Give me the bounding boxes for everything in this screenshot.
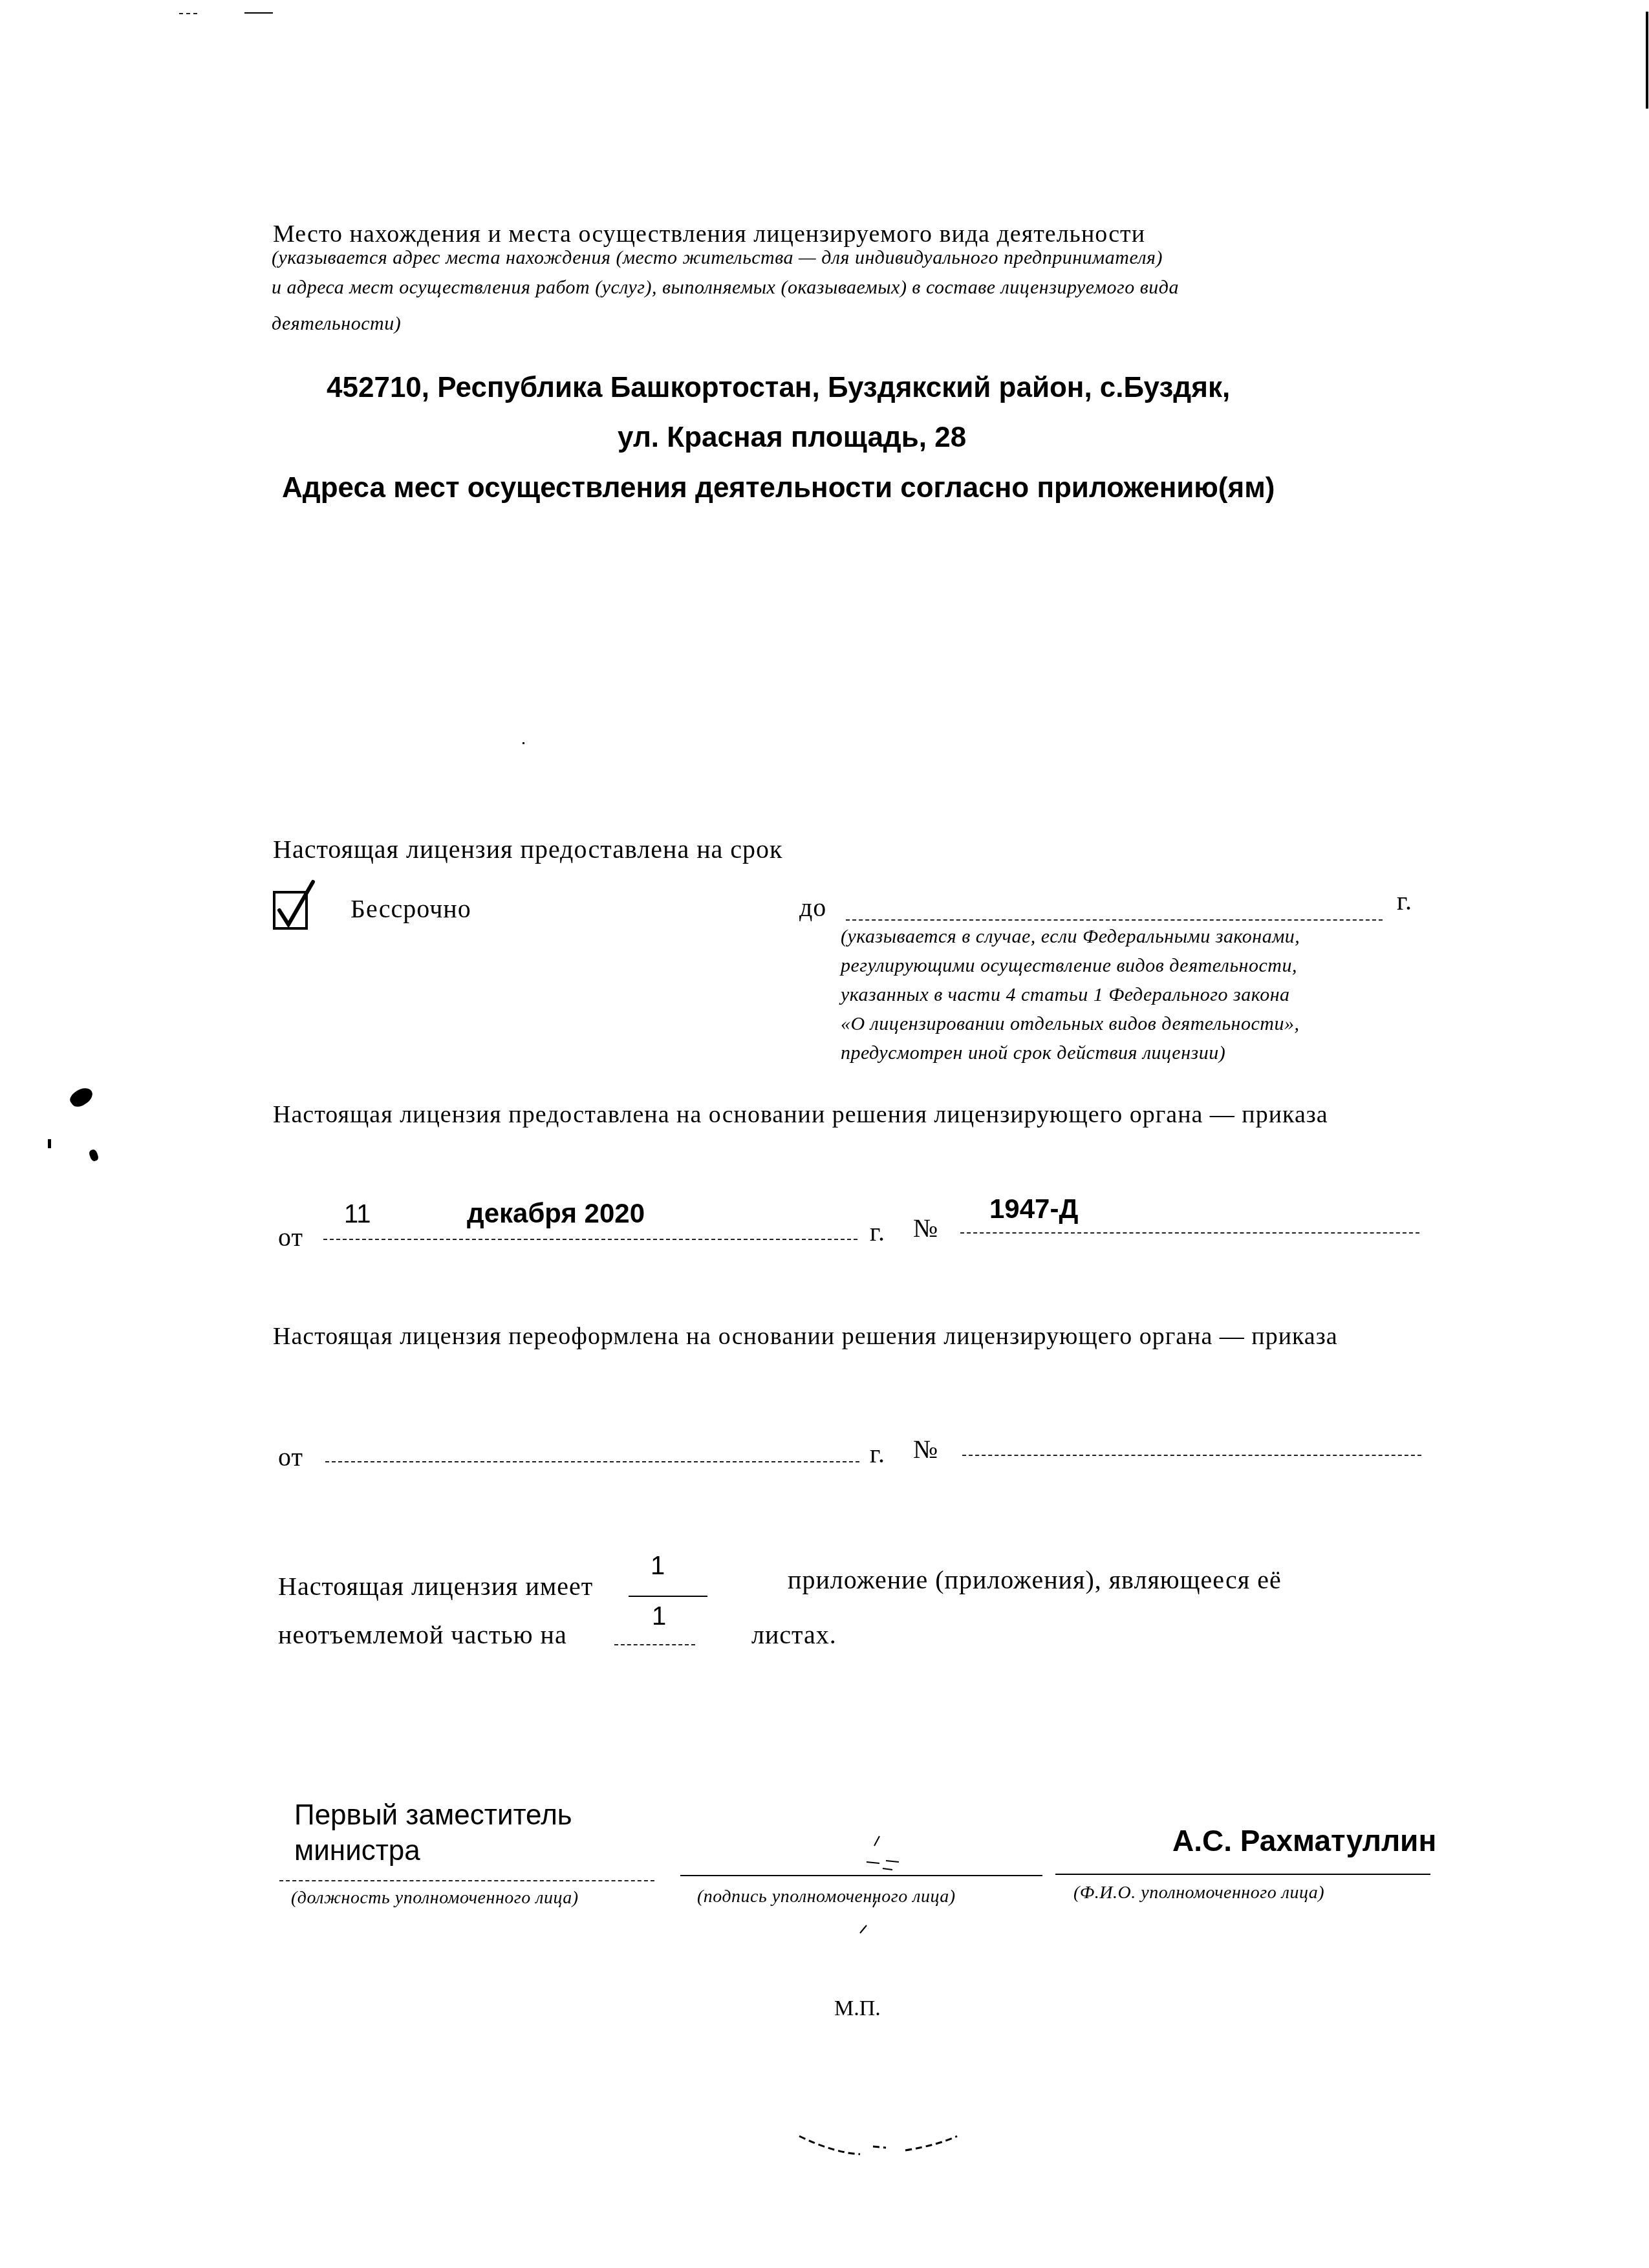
ink-blot: [67, 1084, 95, 1110]
grant-day[interactable]: 11: [344, 1200, 371, 1229]
appendix-line2-prefix: неотъемлемой частью на: [278, 1620, 567, 1650]
sheet-count[interactable]: 1: [652, 1602, 666, 1631]
grant-order-label: Настоящая лицензия предоставлена на осно…: [273, 1100, 1328, 1129]
term-hint-line-1: (указывается в случае, если Федеральными…: [841, 926, 1300, 948]
location-hint-line-3: деятельности): [272, 313, 401, 335]
position-line: [279, 1880, 654, 1881]
grant-month-year[interactable]: декабря 2020: [467, 1198, 645, 1229]
grant-number-line: [960, 1232, 1419, 1234]
appendix-line1-prefix: Настоящая лицензия имеет: [278, 1571, 593, 1601]
reissue-date-line: [325, 1461, 859, 1462]
scan-artifact-top: [244, 12, 273, 14]
grant-number[interactable]: 1947-Д: [989, 1193, 1078, 1225]
reissue-number-line: [962, 1455, 1421, 1456]
location-hint-line-2: и адреса мест осуществления работ (услуг…: [272, 277, 1179, 299]
location-hint-line-1: (указывается адрес места нахождения (мес…: [272, 247, 1163, 269]
signer-name: А.С. Рахматуллин: [1172, 1823, 1436, 1858]
until-date-line: [846, 919, 1383, 921]
indefinite-label: Бессрочно: [350, 893, 471, 924]
term-hint-line-5: предусмотрен иной срок действия лицензии…: [841, 1042, 1225, 1064]
signature-mark-icon: [841, 1830, 918, 1946]
position-hint: (должность уполномоченного лица): [291, 1888, 579, 1909]
address-note: Адреса мест осуществления деятельности с…: [282, 472, 1275, 504]
term-hint-line-4: «О лицензировании отдельных видов деятел…: [841, 1013, 1299, 1035]
signer-position-line-2: министра: [294, 1835, 420, 1867]
checkmark-icon: [273, 879, 318, 931]
grant-date-line: [323, 1239, 857, 1240]
sheet-count-line: [614, 1644, 695, 1645]
ink-blot: [48, 1139, 51, 1148]
address-line-1: 452710, Республика Башкортостан, Буздякс…: [327, 372, 1230, 404]
term-hint-line-3: указанных в части 4 статьи 1 Федеральног…: [841, 984, 1290, 1006]
stamp-label: М.П.: [834, 1996, 881, 2021]
grant-number-prefix: №: [913, 1213, 938, 1243]
name-line: [1055, 1874, 1430, 1875]
reissue-year-suffix: г.: [870, 1439, 885, 1469]
term-label: Настоящая лицензия предоставлена на срок: [273, 834, 783, 864]
appendix-line1-suffix: приложение (приложения), являющееся её: [788, 1565, 1282, 1595]
reissue-from-prefix: от: [278, 1442, 303, 1472]
signer-position-line-1: Первый заместитель: [294, 1799, 572, 1832]
reissue-order-label: Настоящая лицензия переоформлена на осно…: [273, 1322, 1338, 1351]
address-line-2: ул. Красная площадь, 28: [618, 422, 966, 454]
location-heading: Место нахождения и места осуществления л…: [273, 220, 1145, 248]
ink-blot: [88, 1148, 99, 1162]
ink-dot: [523, 742, 524, 744]
grant-from-prefix: от: [278, 1222, 303, 1252]
until-suffix: г.: [1397, 886, 1412, 916]
scan-artifact-top-left: [179, 13, 197, 14]
appendix-count-line: [629, 1596, 707, 1597]
name-hint: (Ф.И.О. уполномоченного лица): [1073, 1883, 1324, 1903]
seal-trace-icon: [795, 2134, 964, 2159]
until-prefix: до: [799, 892, 826, 923]
appendix-count[interactable]: 1: [651, 1552, 665, 1581]
grant-year-suffix: г.: [870, 1217, 885, 1247]
term-hint-line-2: регулирующими осуществление видов деятел…: [841, 955, 1297, 977]
reissue-number-prefix: №: [913, 1434, 938, 1464]
scan-edge-mark: [1646, 12, 1648, 109]
appendix-line2-suffix: листах.: [751, 1620, 837, 1650]
